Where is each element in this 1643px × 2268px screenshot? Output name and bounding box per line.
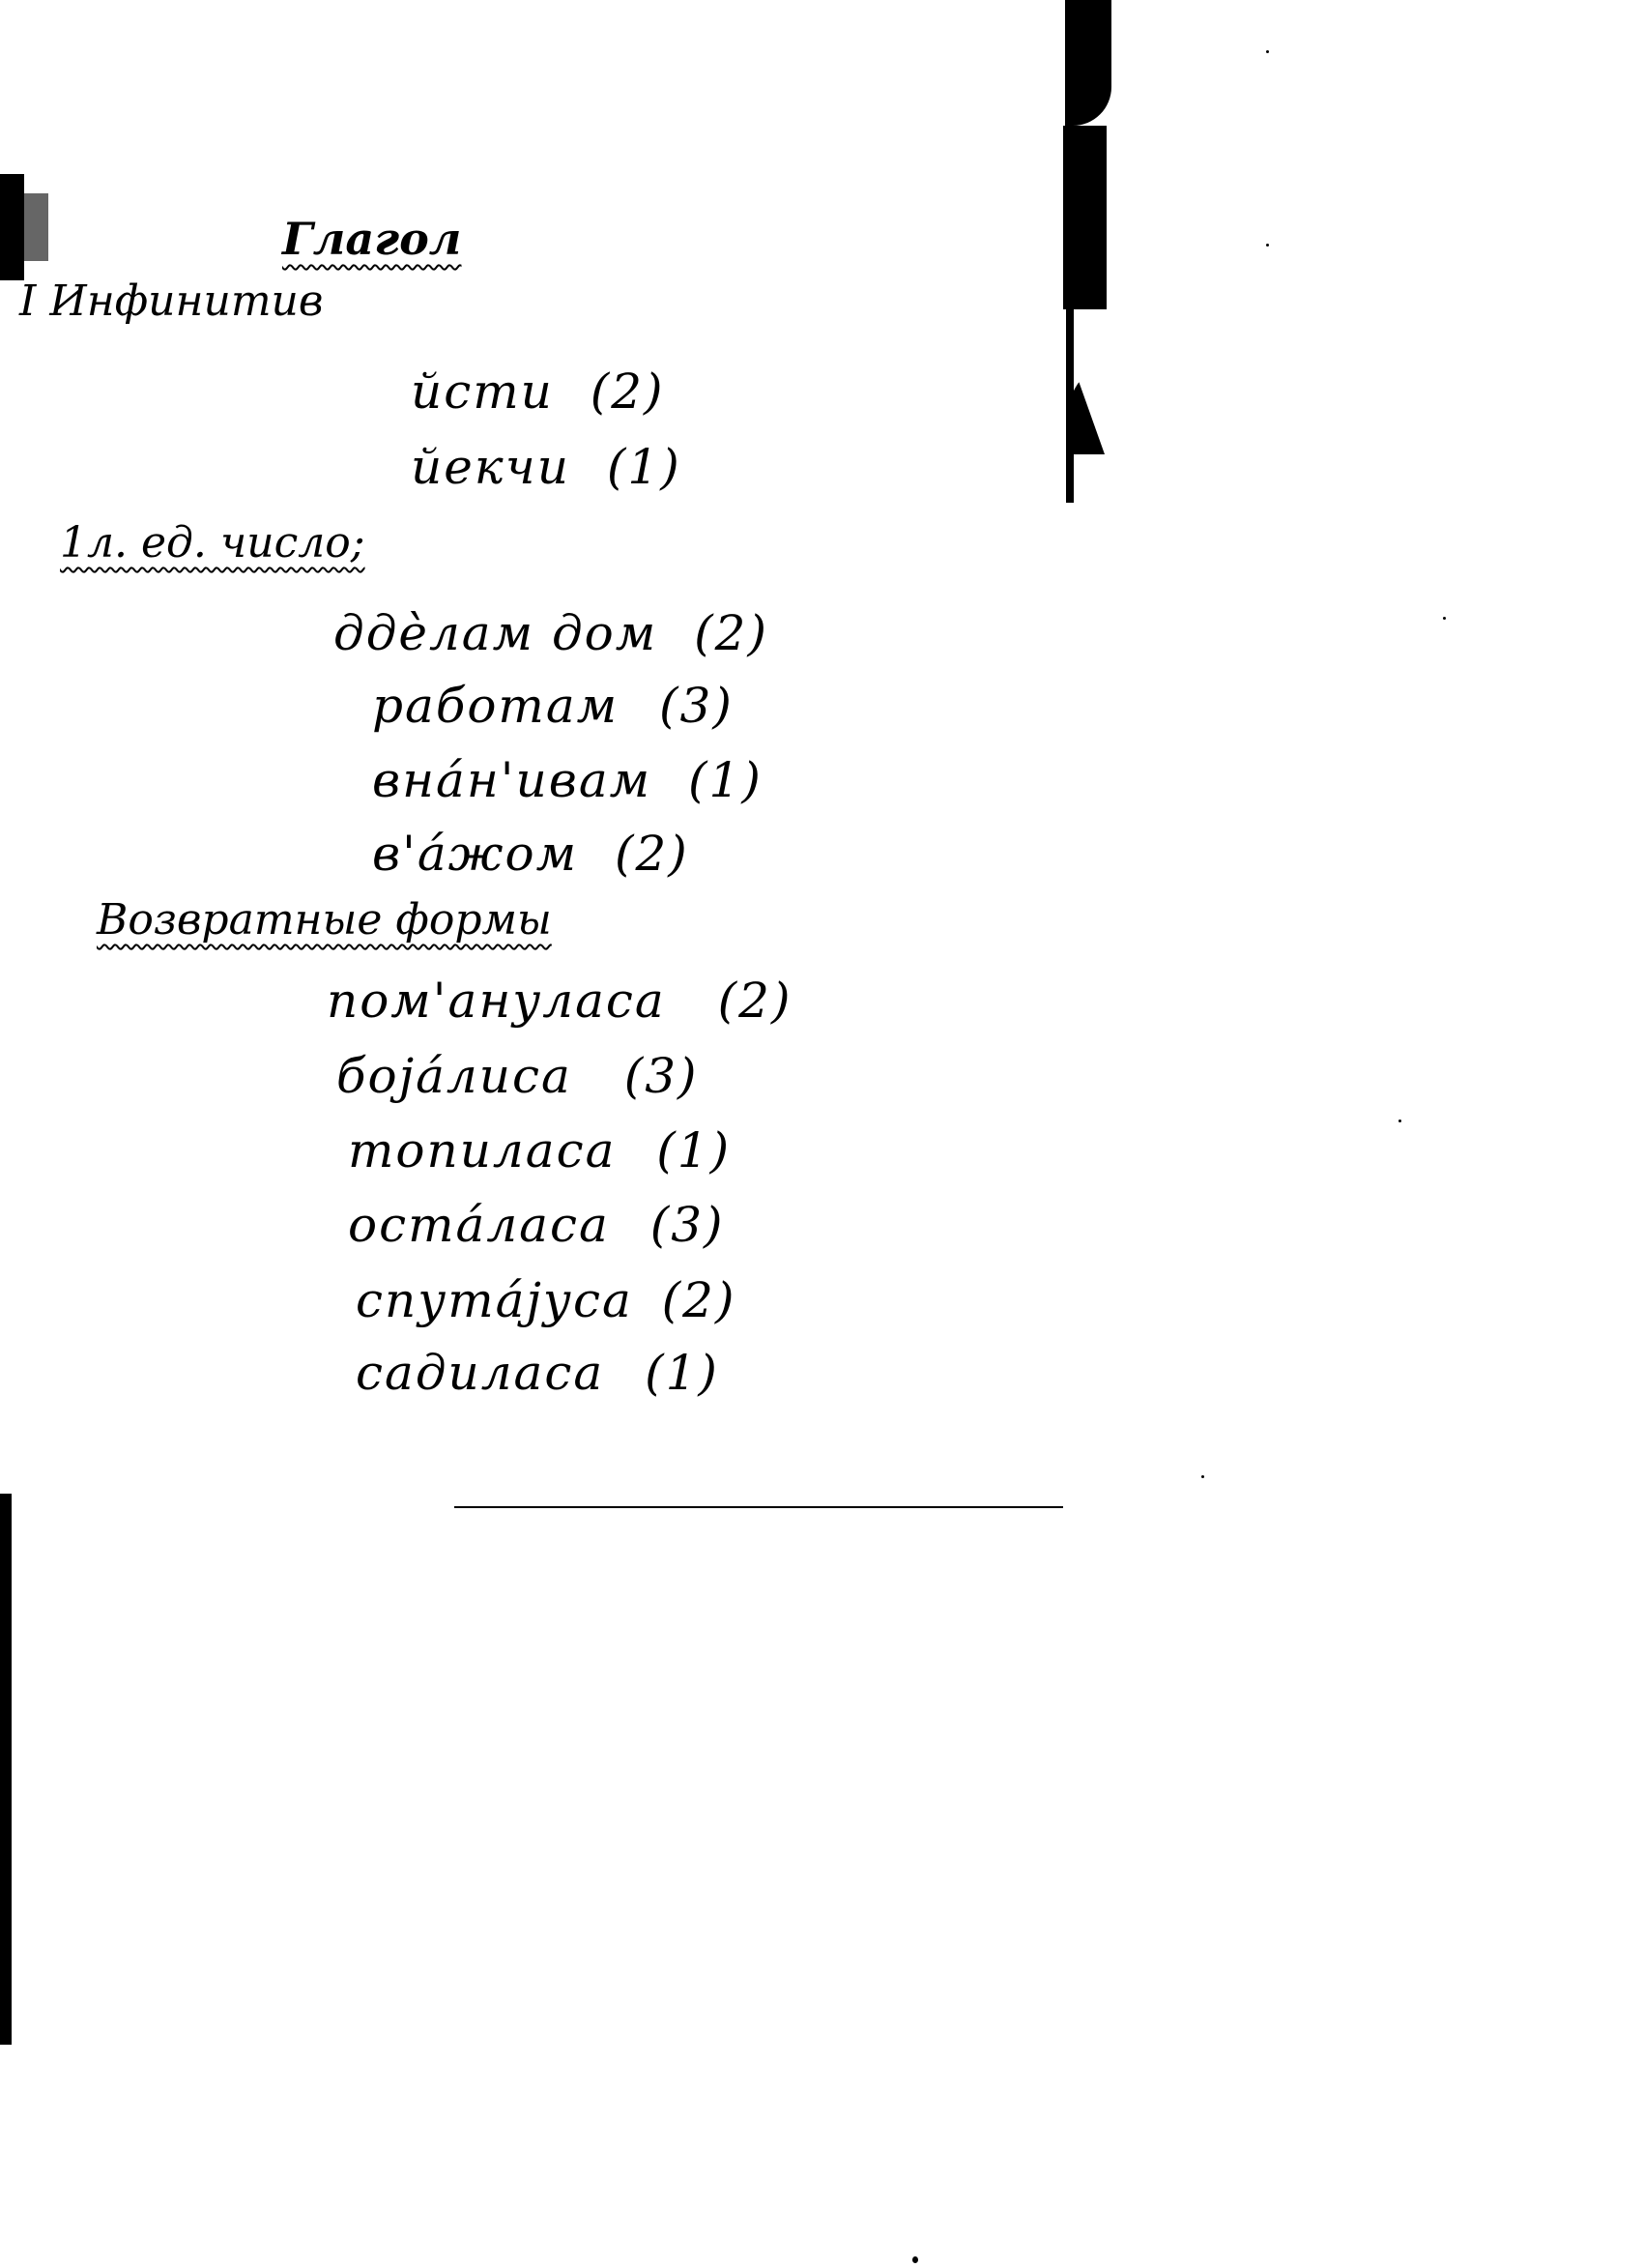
list-item: боја́лиса (3) xyxy=(336,1052,699,1100)
scan-shadow-bottom-left xyxy=(0,1494,12,2045)
list-item: оста́ласа (3) xyxy=(348,1201,725,1249)
entry-word: пом'ануласа xyxy=(327,973,666,1029)
entry-word: боја́лиса xyxy=(336,1048,572,1104)
speck xyxy=(1201,1475,1204,1478)
section-heading-first-person-singular: 1л. ед. число; xyxy=(60,522,365,565)
entry-word: в'а́жом xyxy=(372,826,578,882)
page-title: Глагол xyxy=(282,217,461,261)
speck xyxy=(1398,1119,1401,1122)
scan-shadow-top-left-fade xyxy=(19,193,48,261)
list-item: йекчи (1) xyxy=(411,443,681,491)
speck xyxy=(1443,617,1446,620)
entry-word: йсти xyxy=(411,363,554,420)
list-item: работам (3) xyxy=(372,682,734,730)
list-item: вна́н'ивам (1) xyxy=(372,756,763,804)
entry-count: (2) xyxy=(591,363,665,420)
entry-count: (3) xyxy=(659,678,734,734)
entry-word: йекчи xyxy=(411,439,570,495)
entry-word: работам xyxy=(372,678,619,734)
list-item: топиласа (1) xyxy=(348,1126,731,1175)
entry-word: оста́ласа xyxy=(348,1197,610,1253)
list-item: йсти (2) xyxy=(411,367,665,416)
entry-word: спута́јуса xyxy=(356,1272,633,1328)
section-heading-infinitive: I Инфинитив xyxy=(19,280,324,323)
entry-count: (2) xyxy=(662,1272,736,1328)
scan-shadow-right-edge-mid xyxy=(1063,126,1107,309)
entry-count: (1) xyxy=(688,752,763,808)
entry-count: (2) xyxy=(694,605,768,661)
speck xyxy=(912,2256,918,2263)
entry-word: ддѐлам дом xyxy=(333,605,657,661)
entry-count: (3) xyxy=(650,1197,725,1253)
list-item: спута́јуса (2) xyxy=(356,1276,735,1324)
entry-count: (1) xyxy=(656,1122,731,1178)
speck xyxy=(1266,50,1269,53)
list-item: садиласа (1) xyxy=(356,1349,719,1397)
entry-count: (3) xyxy=(624,1048,699,1104)
horizontal-divider xyxy=(454,1506,1063,1508)
scan-shadow-right-edge xyxy=(1065,0,1111,126)
section-heading-reflexive-forms: Возвратные формы xyxy=(97,899,552,942)
entry-count: (2) xyxy=(615,826,689,882)
entry-count: (1) xyxy=(607,439,681,495)
entry-word: вна́н'ивам xyxy=(372,752,651,808)
list-item: ддѐлам дом (2) xyxy=(333,609,768,657)
list-item: в'а́жом (2) xyxy=(372,829,689,878)
entry-count: (1) xyxy=(645,1345,719,1401)
entry-word: садиласа xyxy=(356,1345,604,1401)
list-item: пом'ануласа (2) xyxy=(327,976,792,1025)
entry-count: (2) xyxy=(718,973,793,1029)
entry-word: топиласа xyxy=(348,1122,616,1178)
speck xyxy=(1266,244,1269,247)
